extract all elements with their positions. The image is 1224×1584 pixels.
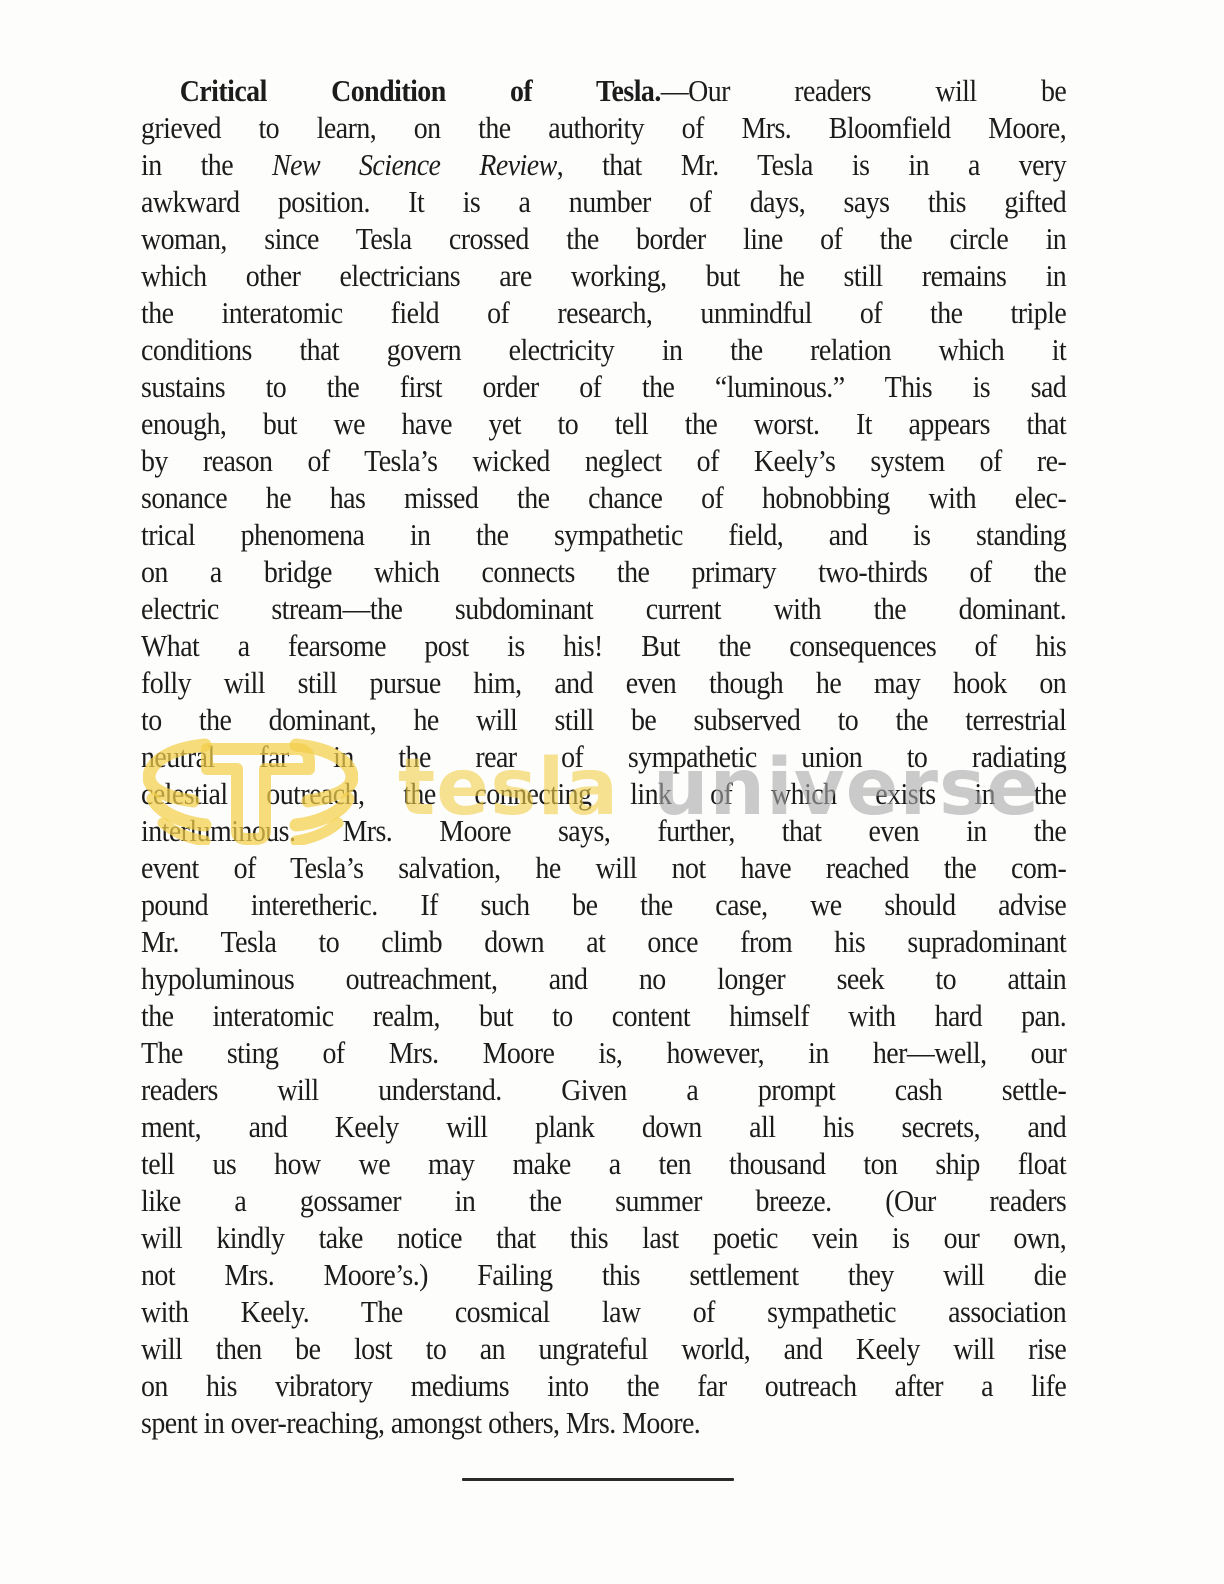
article-line-29: ment, and Keely will plank down all his …	[141, 1108, 1066, 1145]
article-line-12: sonance he has missed the chance of hobn…	[141, 479, 1066, 516]
article-line-8: conditions that govern electricity in th…	[141, 331, 1066, 368]
article-line-3: in the New Science Review, that Mr. Tesl…	[141, 146, 1066, 183]
article-line-36: on his vibratory mediums into the far ou…	[141, 1367, 1066, 1404]
article-line-28: readers will understand. Given a prompt …	[141, 1071, 1066, 1108]
article-line-25: hypoluminous outreachment, and no longer…	[141, 960, 1066, 997]
article-line-9: sustains to the first order of the “lumi…	[141, 368, 1066, 405]
article-line-13: trical phenomena in the sympathetic fiel…	[141, 516, 1066, 553]
section-divider-rule	[462, 1478, 734, 1481]
article-line-27: The sting of Mrs. Moore is, however, in …	[141, 1034, 1066, 1071]
article-line-33: not Mrs. Moore’s.) Failing this settleme…	[141, 1256, 1066, 1293]
article-line-18: to the dominant, he will still be subser…	[141, 701, 1066, 738]
article-line-4: awkward position. It is a number of days…	[141, 183, 1066, 220]
article-line-21: interluminous. Mrs. Moore says, further,…	[141, 812, 1066, 849]
article-line-17: folly will still pursue him, and even th…	[141, 664, 1066, 701]
article-line-32: will kindly take notice that this last p…	[141, 1219, 1066, 1256]
article-line-31: like a gossamer in the summer breeze. (O…	[141, 1182, 1066, 1219]
article-heading: Critical Condition of Tesla.	[180, 73, 661, 108]
article-line-7: the interatomic field of research, unmin…	[141, 294, 1066, 331]
article-line-24: Mr. Tesla to climb down at once from his…	[141, 923, 1066, 960]
publication-title: New Science Review	[272, 147, 557, 182]
article-line-1: Critical Condition of Tesla.—Our readers…	[141, 72, 1066, 109]
article-line-11: by reason of Tesla’s wicked neglect of K…	[141, 442, 1066, 479]
article-line-20: celestial outreach, the connecting link …	[141, 775, 1066, 812]
article: Critical Condition of Tesla.—Our readers…	[141, 72, 1066, 1441]
article-line-35: will then be lost to an ungrateful world…	[141, 1330, 1066, 1367]
article-line-37: spent in over-reaching, amongst others, …	[141, 1404, 1066, 1441]
article-line-14: on a bridge which connects the primary t…	[141, 553, 1066, 590]
article-line-23: pound interetheric. If such be the case,…	[141, 886, 1066, 923]
article-line-16: What a fearsome post is his! But the con…	[141, 627, 1066, 664]
article-line-5: woman, since Tesla crossed the border li…	[141, 220, 1066, 257]
article-line-10: enough, but we have yet to tell the wors…	[141, 405, 1066, 442]
article-line-15: electric stream—the subdominant current …	[141, 590, 1066, 627]
article-line-19: neutral far in the rear of sympathetic u…	[141, 738, 1066, 775]
article-line-22: event of Tesla’s salvation, he will not …	[141, 849, 1066, 886]
article-line-26: the interatomic realm, but to content hi…	[141, 997, 1066, 1034]
article-line-6: which other electricians are working, bu…	[141, 257, 1066, 294]
article-line-2: grieved to learn, on the authority of Mr…	[141, 109, 1066, 146]
document-page: Critical Condition of Tesla.—Our readers…	[0, 0, 1224, 1584]
article-line-30: tell us how we may make a ten thousand t…	[141, 1145, 1066, 1182]
article-line-34: with Keely. The cosmical law of sympathe…	[141, 1293, 1066, 1330]
